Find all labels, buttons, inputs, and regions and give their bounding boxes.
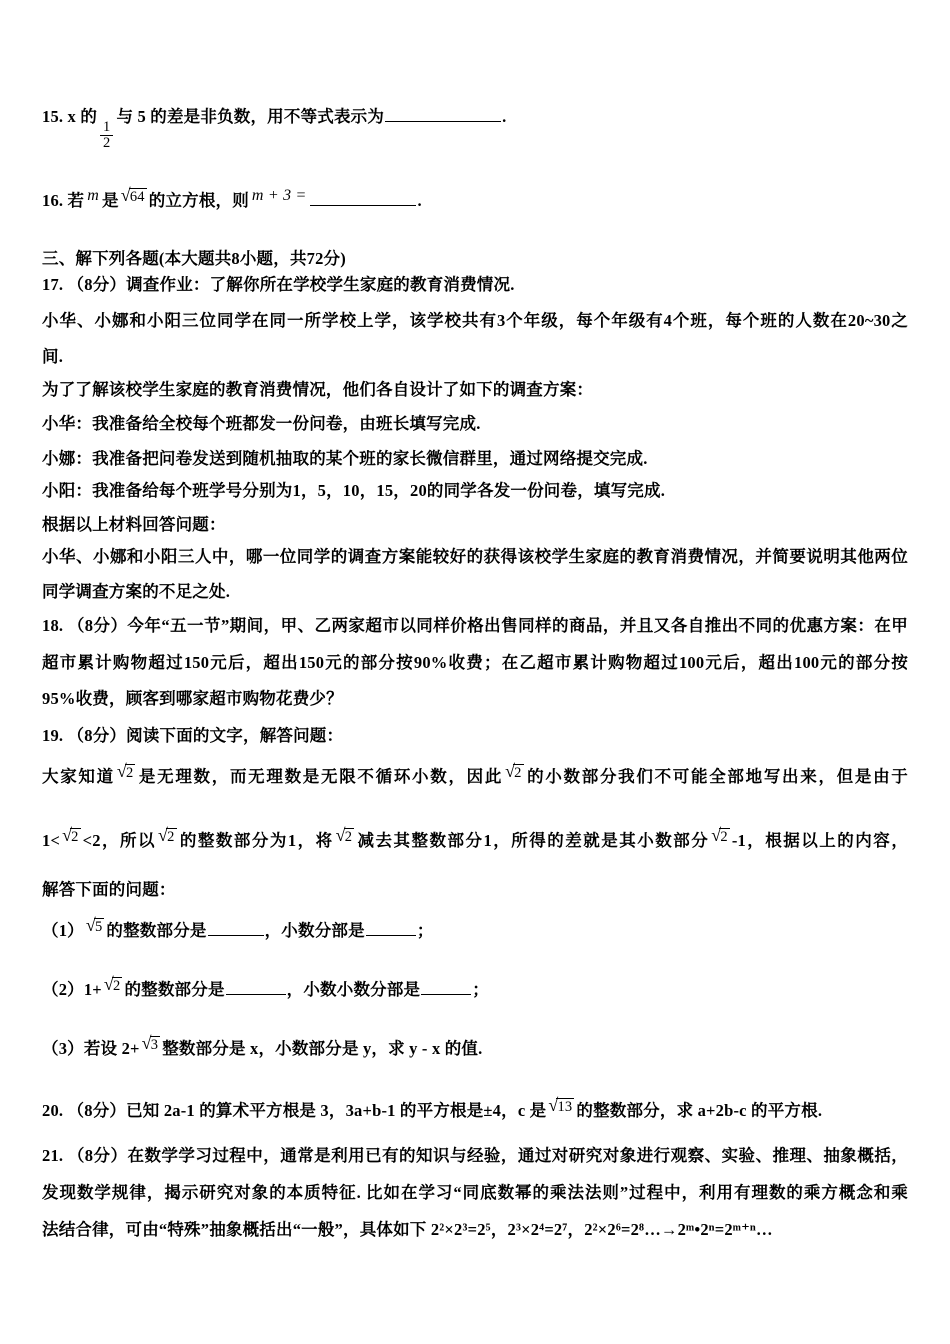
sqrt-2-radical: √2: [711, 823, 730, 850]
question-18-line-2: 超市累计购物超过150元后，超出150元的部分按90%收费；在乙超市累计购物超过…: [42, 650, 908, 675]
sqrt-2-radical: √2: [505, 759, 524, 786]
text-run: ；: [417, 921, 434, 940]
text-run: 15. x 的: [42, 107, 97, 126]
section-3-header: 三、解下列各题(本大题共8小题，共72分): [42, 246, 908, 271]
text-run: 的整数部分为1，将: [179, 831, 334, 850]
text-run: （2）1+: [42, 980, 102, 999]
exam-page: 15. x 的12与 5 的差是非负数，用不等式表示为. 16. 若m是√64的…: [0, 0, 950, 1344]
question-16: 16. 若m是√64的立方根，则m + 3 =.: [42, 188, 908, 215]
question-19-part-2: （2）1+√2的整数部分是，小数小数分部是；: [42, 977, 908, 1004]
sqrt-64-radical: √64: [121, 183, 147, 210]
question-21-line-1: 21. （8分）在数学学习过程中，通常是利用已有的知识与经验，通过对研究对象进行…: [42, 1143, 908, 1168]
text-run: 是无理数，而无理数是无限不循环小数，因此: [137, 767, 503, 786]
text-run: <2，所以: [83, 831, 156, 850]
question-19-part-3: （3）若设 2+√3整数部分是 x，小数部分是 y，求 y - x 的值.: [42, 1036, 908, 1063]
text-run: 20. （8分）已知 2a-1 的算术平方根是 3，3a+b-1 的平方根是±4…: [42, 1101, 546, 1120]
question-17-line-3: 间.: [42, 344, 908, 369]
question-19-line-1: 19. （8分）阅读下面的文字，解答问题：: [42, 723, 908, 748]
sqrt-2-radical: √2: [336, 823, 355, 850]
question-17-line-4: 为了了解该校学生家庭的教育消费情况，他们各自设计了如下的调查方案：: [42, 377, 908, 402]
text-run: 的整数部分是: [124, 980, 224, 999]
question-19-part-1: （1）√5的整数部分是，小数分部是；: [42, 918, 908, 945]
question-18-line-3: 95%收费，顾客到哪家超市购物花费少？: [42, 686, 908, 711]
question-19-prompt: 解答下面的问题：: [42, 877, 908, 902]
answer-blank: [226, 979, 286, 995]
question-17-line-6: 小娜：我准备把问卷发送到随机抽取的某个班的家长微信群里，通过网络提交完成.: [42, 446, 908, 471]
text-run: （3）若设 2+: [42, 1039, 140, 1058]
text-run: ；: [472, 980, 489, 999]
question-21-line-2: 发现数学规律，揭示研究对象的本质特征. 比如在学习“同底数幂的乘法法则”过程中，…: [42, 1180, 908, 1205]
question-17-line-2: 小华、小娜和小阳三位同学在同一所学校上学，该学校共有3个年级，每个年级有4个班，…: [42, 308, 908, 333]
question-17-line-7: 小阳：我准备给每个班学号分别为1，5，10，15，20的同学各发一份问卷，填写完…: [42, 478, 908, 503]
answer-blank: [366, 920, 416, 936]
text-run: 的整数部分是: [106, 921, 206, 940]
text-run: （1）: [42, 921, 84, 940]
answer-blank: [421, 979, 471, 995]
answer-blank: [208, 920, 264, 936]
question-17-line-10: 同学调查方案的不足之处.: [42, 579, 908, 604]
question-17-line-9: 小华、小娜和小阳三人中，哪一位同学的调查方案能较好的获得该校学生家庭的教育消费情…: [42, 544, 908, 569]
text-run: ，小数分部是: [265, 921, 365, 940]
math-variable: m: [87, 183, 99, 208]
question-17-line-1: 17. （8分）调查作业：了解你所在学校学生家庭的教育消费情况.: [42, 272, 908, 297]
sqrt-3-radical: √3: [142, 1031, 161, 1058]
answer-blank: [310, 190, 416, 206]
question-19-compare: 1<√2<2，所以√2的整数部分为1，将√2减去其整数部分1，所得的差就是其小数…: [42, 828, 908, 855]
question-17-line-5: 小华：我准备给全校每个班都发一份问卷，由班长填写完成.: [42, 411, 908, 436]
text-run: .: [417, 191, 421, 210]
question-18-line-1: 18. （8分）今年“五一节”期间，甲、乙两家超市以同样价格出售同样的商品，并且…: [42, 613, 908, 638]
text-run: 减去其整数部分1，所得的差就是其小数部分: [356, 831, 709, 850]
sqrt-2-radical: √2: [62, 823, 81, 850]
sqrt-2-radical: √2: [158, 823, 177, 850]
question-15: 15. x 的12与 5 的差是非负数，用不等式表示为.: [42, 104, 908, 151]
answer-blank: [385, 106, 501, 122]
text-run: 1<: [42, 831, 60, 850]
math-variable: m + 3 =: [252, 183, 307, 208]
sqrt-2-radical: √2: [104, 972, 123, 999]
text-run: 的立方根，则: [149, 191, 249, 210]
text-run: 大家知道: [42, 767, 115, 786]
text-run: ，小数小数分部是: [287, 980, 421, 999]
text-run: 与 5 的差是非负数，用不等式表示为: [116, 107, 384, 126]
question-19-intro: 大家知道√2是无理数，而无理数是无限不循环小数，因此√2的小数部分我们不可能全部…: [42, 764, 908, 791]
text-run: 16. 若: [42, 191, 84, 210]
sqrt-2-radical: √2: [117, 759, 136, 786]
text-run: .: [502, 107, 506, 126]
text-run: 整数部分是 x，小数部分是 y，求 y - x 的值.: [162, 1039, 482, 1058]
text-run: 的整数部分，求 a+2b-c 的平方根.: [576, 1101, 822, 1120]
question-17-line-8: 根据以上材料回答问题：: [42, 512, 908, 537]
text-run: 的小数部分我们不可能全部地写出来，但是由于: [526, 767, 908, 786]
text-run: 是: [102, 191, 119, 210]
question-20: 20. （8分）已知 2a-1 的算术平方根是 3，3a+b-1 的平方根是±4…: [42, 1098, 908, 1125]
question-21-line-3: 法结合律，可由“特殊”抽象概括出“一般”，具体如下 2²×2³=2⁵，2³×2⁴…: [42, 1217, 908, 1242]
fraction-1-over-2: 12: [100, 120, 113, 151]
sqrt-5-radical: √5: [86, 913, 105, 940]
sqrt-13-radical: √13: [548, 1093, 574, 1120]
text-run: -1，根据以上的内容，: [732, 831, 908, 850]
